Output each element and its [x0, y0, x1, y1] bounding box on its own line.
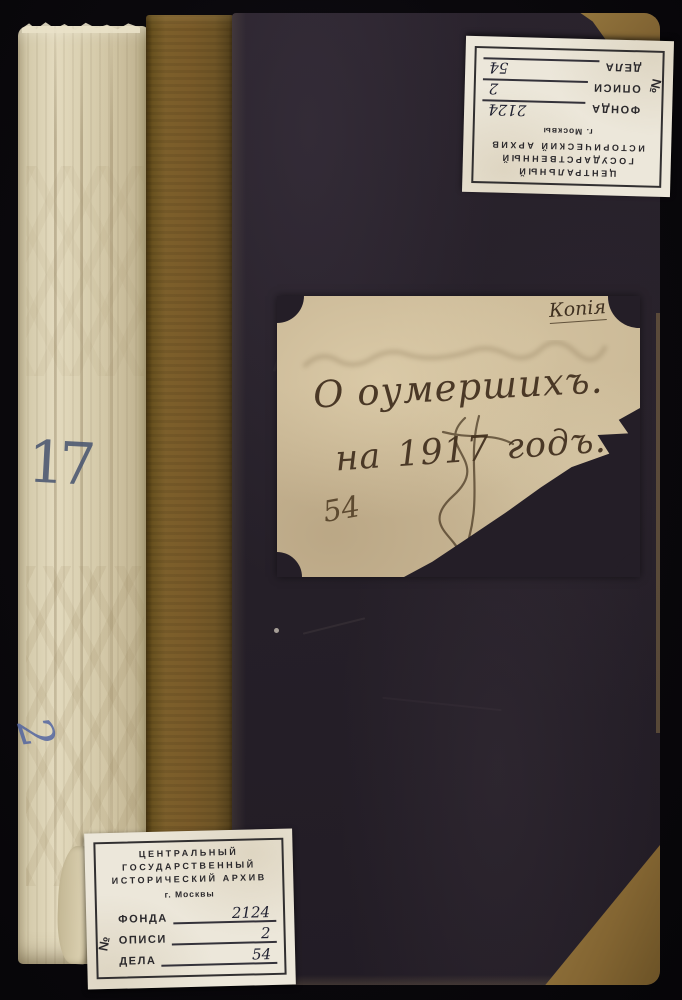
- corner-notch: [277, 552, 302, 577]
- row-label: ФОНДА: [118, 913, 168, 926]
- row-label: ДЕЛА: [604, 60, 642, 73]
- cover-scratch: [382, 697, 502, 712]
- row-value: 2: [172, 926, 277, 946]
- row-value: 2124: [482, 99, 586, 119]
- cover-speck: [274, 628, 279, 633]
- number-sign: №: [95, 936, 112, 953]
- title-line-2-prefix: на: [334, 436, 383, 479]
- title-label: Копія О оумершихъ. на 1917 годъ. 54: [277, 296, 640, 577]
- book-spine: 17 2: [18, 26, 148, 964]
- archive-row-fond: ФОНДА 2124: [118, 905, 276, 926]
- row-label: ФОНДА: [590, 102, 640, 115]
- leather-corner-bottom-right: [538, 845, 660, 985]
- cover-scratch: [303, 617, 366, 634]
- photo-stage: 17 2 ЦЕНТРАЛЬНЫЙ ГОСУДАРСТВЕННЫЙ ИСТОРИЧ…: [0, 0, 682, 1000]
- archive-row-delo: ДЕЛА 54: [119, 947, 277, 968]
- title-year: 1917: [396, 429, 492, 475]
- row-value: 54: [483, 57, 599, 77]
- copy-annotation: Копія: [548, 296, 607, 324]
- row-label: ДЕЛА: [119, 955, 157, 968]
- number-sign: №: [647, 77, 665, 95]
- archive-row-opis: ОПИСИ 2: [483, 78, 641, 99]
- archive-rows: ФОНДА 2124 ОПИСИ 2 ДЕЛА 54: [104, 905, 277, 968]
- archive-org-city: г. Москвы: [104, 886, 276, 903]
- archive-row-opis: ОПИСИ 2: [118, 926, 276, 947]
- spine-stamp-watermark: [26, 166, 144, 376]
- archive-row-delo: ДЕЛА 54: [483, 57, 641, 78]
- cover-wear: [656, 313, 660, 733]
- row-label: ОПИСИ: [592, 81, 641, 94]
- archive-label-top: ЦЕНТРАЛЬНЫЙ ГОСУДАРСТВЕННЫЙ ИСТОРИЧЕСКИЙ…: [462, 35, 674, 197]
- row-value: 2: [483, 78, 588, 98]
- corner-notch: [277, 296, 304, 323]
- label-frame: ЦЕНТРАЛЬНЫЙ ГОСУДАРСТВЕННЫЙ ИСТОРИЧЕСКИЙ…: [471, 46, 665, 188]
- archive-row-fond: ФОНДА 2124: [482, 99, 640, 120]
- archive-label-bottom: ЦЕНТРАЛЬНЫЙ ГОСУДАРСТВЕННЫЙ ИСТОРИЧЕСКИЙ…: [84, 828, 296, 989]
- row-label: ОПИСИ: [119, 934, 167, 947]
- row-value: 54: [161, 947, 277, 967]
- corner-notch: [608, 296, 640, 328]
- row-value: 2124: [173, 905, 277, 925]
- archive-rows: ФОНДА 2124 ОПИСИ 2 ДЕЛА 54: [482, 57, 655, 120]
- case-number: 54: [320, 489, 362, 529]
- spine-handwritten-number-top: 17: [27, 432, 92, 493]
- label-frame: ЦЕНТРАЛЬНЫЙ ГОСУДАРСТВЕННЫЙ ИСТОРИЧЕСКИЙ…: [93, 838, 286, 980]
